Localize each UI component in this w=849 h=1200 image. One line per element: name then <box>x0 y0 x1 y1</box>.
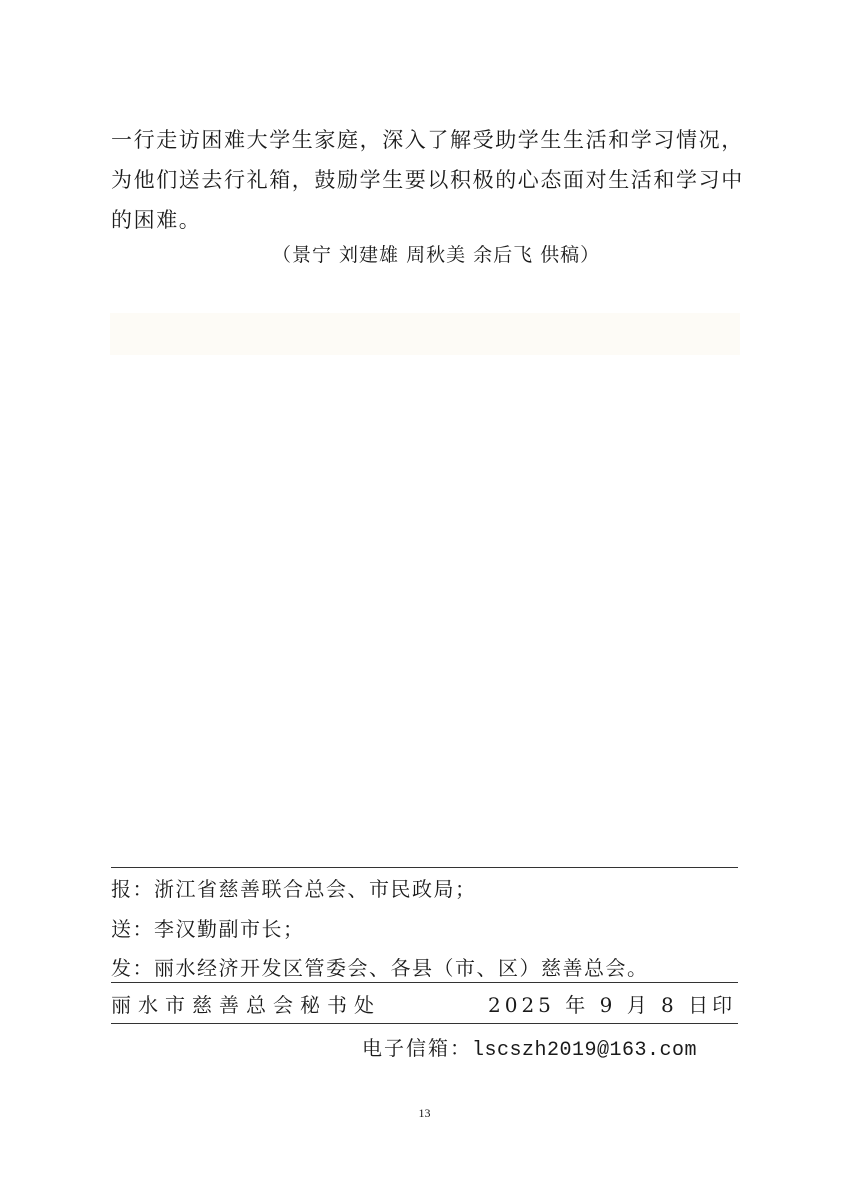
blank-highlight-box <box>110 313 740 355</box>
print-date: 2025 年 9 月 8 日印 <box>488 989 736 1018</box>
printer-name-text: 丽水市慈善总会秘书处 <box>111 993 381 1017</box>
body-line-3: 的困难。 <box>111 200 743 240</box>
printer-name: 丽水市慈善总会秘书处 <box>111 989 381 1018</box>
send-to-line: 送：李汉勤副市长； <box>111 913 305 942</box>
divider-middle <box>111 982 738 983</box>
body-paragraph: 一行走访困难大学生家庭，深入了解受助学生生活和学习情况， 为他们送去行礼箱，鼓励… <box>111 120 743 240</box>
body-line-2: 为他们送去行礼箱，鼓励学生要以积极的心态面对生活和学习中 <box>111 160 743 200</box>
divider-top <box>111 867 738 868</box>
body-line-1: 一行走访困难大学生家庭，深入了解受助学生生活和学习情况， <box>111 120 743 160</box>
divider-bottom <box>111 1023 738 1024</box>
contributor-credit: （景宁 刘建雄 周秋美 余后飞 供稿） <box>272 240 600 267</box>
email-label: 电子信箱： <box>362 1036 472 1060</box>
email-address: lscszh2019@163.com <box>472 1039 697 1062</box>
email-line: 电子信箱：lscszh2019@163.com <box>362 1032 697 1062</box>
issue-to-line: 发：丽水经济开发区管委会、各县（市、区）慈善总会。 <box>111 952 649 981</box>
page-number: 13 <box>0 1106 849 1121</box>
report-to-line: 报：浙江省慈善联合总会、市民政局； <box>111 873 477 902</box>
